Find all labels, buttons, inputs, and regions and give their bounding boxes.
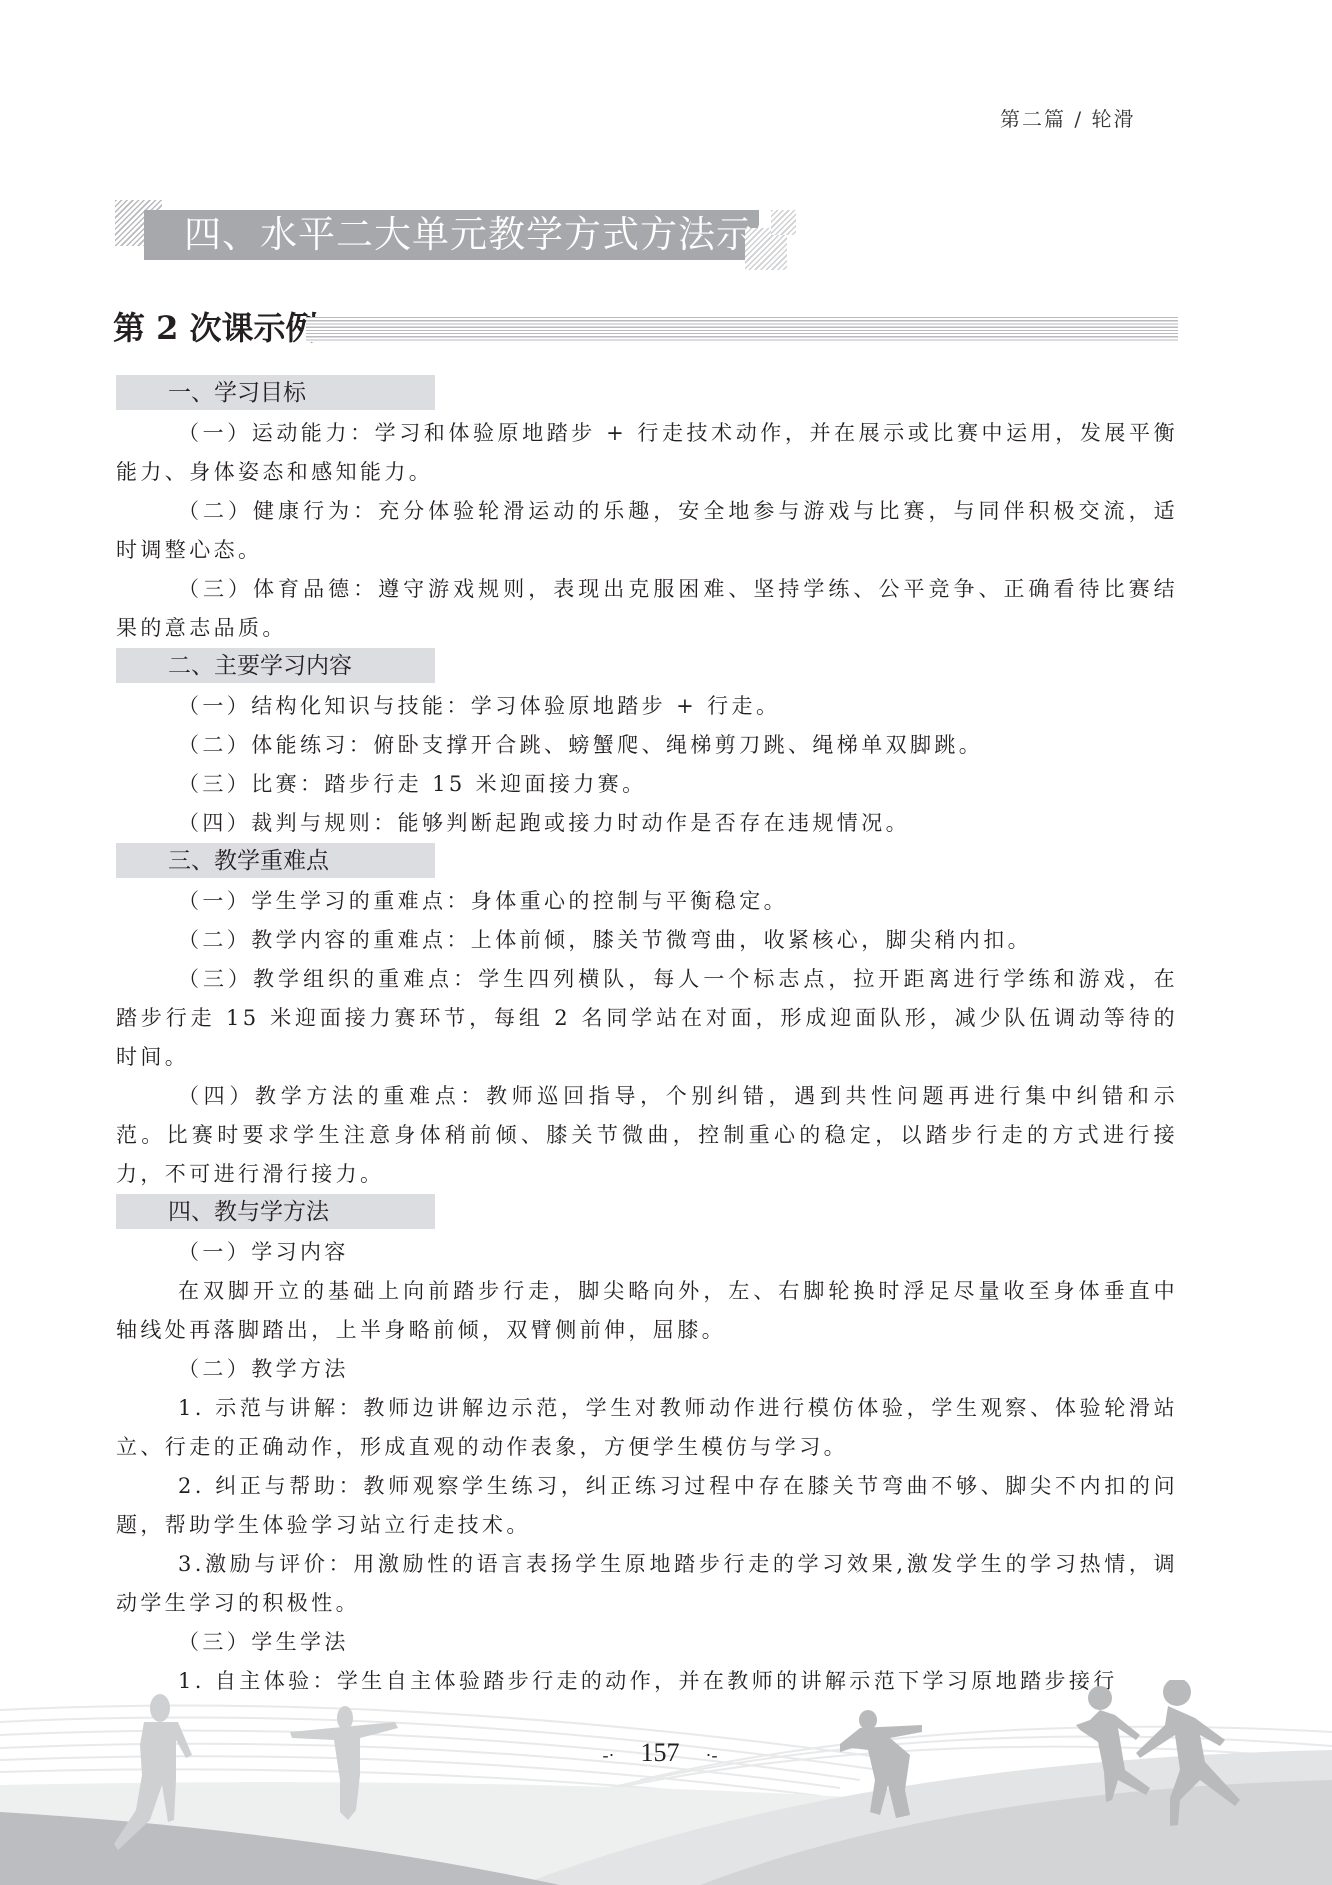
paragraph: （三）体育品德：遵守游戏规则，表现出克服困难、坚持学练、公平竞争、正确看待比赛结…	[116, 570, 1178, 648]
subheading: （二）教学方法	[116, 1350, 1178, 1389]
subheading: （一）学习内容	[116, 1233, 1178, 1272]
running-head: 第二篇 / 轮滑	[1000, 103, 1140, 132]
paragraph: （二）体能练习：俯卧支撑开合跳、螃蟹爬、绳梯剪刀跳、绳梯单双脚跳。	[116, 726, 1178, 765]
chapter-title: 四、水平二大单元教学方式方法示例	[184, 211, 792, 259]
section-heading: 二、主要学习内容	[168, 651, 352, 681]
paragraph: （一）结构化知识与技能：学习体验原地踏步 + 行走。	[116, 687, 1178, 726]
page-ornament-left: -·	[603, 1745, 615, 1765]
subheading: （三）学生学法	[116, 1623, 1178, 1662]
section-heading: 四、教与学方法	[168, 1197, 329, 1227]
page-number: 157	[641, 1738, 680, 1767]
footer-skating-illustration	[0, 1680, 1332, 1885]
paragraph: 2. 纠正与帮助：教师观察学生练习，纠正练习过程中存在膝关节弯曲不够、脚尖不内扣…	[116, 1467, 1178, 1545]
paragraph: （一）运动能力：学习和体验原地踏步 + 行走技术动作，并在展示或比赛中运用，发展…	[116, 414, 1178, 492]
section-heading: 三、教学重难点	[168, 846, 329, 876]
paragraph: （一）学生学习的重难点：身体重心的控制与平衡稳定。	[116, 882, 1178, 921]
paragraph: 3.激励与评价：用激励性的语言表扬学生原地踏步行走的学习效果,激发学生的学习热情…	[116, 1545, 1178, 1623]
page-ornament-right: ·-	[706, 1745, 718, 1765]
section-heading-bar: 四、教与学方法	[116, 1194, 435, 1229]
document-body: 一、学习目标 （一）运动能力：学习和体验原地踏步 + 行走技术动作，并在展示或比…	[116, 375, 1178, 1701]
paragraph: 在双脚开立的基础上向前踏步行走，脚尖略向外，左、右脚轮换时浮足尽量收至身体垂直中…	[116, 1272, 1178, 1350]
paragraph: （三）比赛：踏步行走 15 米迎面接力赛。	[116, 765, 1178, 804]
paragraph: （二）教学内容的重难点：上体前倾，膝关节微弯曲，收紧核心，脚尖稍内扣。	[116, 921, 1178, 960]
hatch-decoration-right-small	[771, 210, 796, 235]
paragraph: （四）教学方法的重难点：教师巡回指导，个别纠错，遇到共性问题再进行集中纠错和示范…	[116, 1077, 1178, 1194]
lesson-title: 第 2 次课示例	[113, 306, 318, 350]
page-number-area: -·157·-	[560, 1738, 760, 1768]
paragraph: （四）裁判与规则：能够判断起跑或接力时动作是否存在违规情况。	[116, 804, 1178, 843]
banner-cutout	[759, 210, 771, 228]
section-heading-bar: 一、学习目标	[116, 375, 435, 410]
section-heading-bar: 三、教学重难点	[116, 843, 435, 878]
paragraph: （二）健康行为：充分体验轮滑运动的乐趣，安全地参与游戏与比赛，与同伴积极交流，适…	[116, 492, 1178, 570]
paragraph: 1. 示范与讲解：教师边讲解边示范，学生对教师动作进行模仿体验，学生观察、体验轮…	[116, 1389, 1178, 1467]
paragraph: （三）教学组织的重难点：学生四列横队，每人一个标志点，拉开距离进行学练和游戏，在…	[116, 960, 1178, 1077]
section-heading: 一、学习目标	[168, 378, 306, 408]
lesson-title-stripes	[306, 317, 1178, 342]
section-heading-bar: 二、主要学习内容	[116, 648, 435, 683]
